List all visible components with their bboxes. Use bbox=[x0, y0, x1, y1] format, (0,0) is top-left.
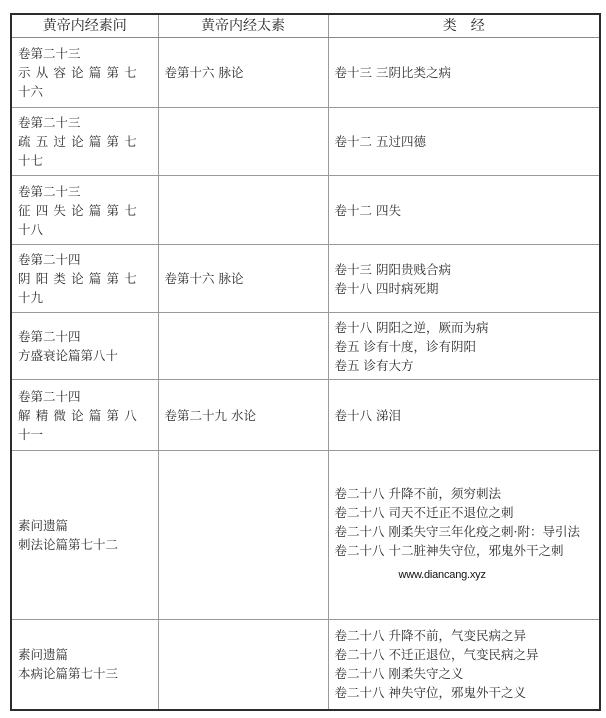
header-taisu: 黄帝内经太素 bbox=[158, 14, 328, 38]
leijing-cell: 卷二十八 升降不前，气变民病之异卷二十八 不迁正退位，气变民病之异卷二十八 刚柔… bbox=[328, 620, 600, 710]
suwen-cell: 素问遗篇本病论篇第七十三 bbox=[11, 620, 158, 710]
suwen-cell: 卷第二十四阴阳类论篇第七十九 bbox=[11, 245, 158, 313]
cell-text-line: 卷第十六 脉论 bbox=[165, 269, 322, 288]
cell-text-line: 方盛衰论篇第八十 bbox=[18, 346, 152, 365]
cell-text-line: 卷第二十四 bbox=[18, 250, 152, 269]
table-row: 素问遗篇刺法论篇第七十二卷二十八 升降不前，须穷刺法卷二十八 司天不迁正不退位之… bbox=[11, 451, 600, 620]
taisu-cell bbox=[158, 313, 328, 380]
table-row: 卷第二十三征四失论篇第七十八卷十二 四失 bbox=[11, 176, 600, 245]
cell-text-line: 示从容论篇第七 bbox=[18, 63, 152, 82]
watermark-text: www.diancang.xyz bbox=[399, 566, 594, 585]
cell-text-line: 素问遗篇 bbox=[18, 645, 152, 664]
leijing-cell: 卷十三 三阴比类之病 bbox=[328, 38, 600, 108]
taisu-cell bbox=[158, 620, 328, 710]
table-row: 卷第二十三示从容论篇第七十六卷第十六 脉论卷十三 三阴比类之病 bbox=[11, 38, 600, 108]
cell-text-line: 卷第二十三 bbox=[18, 113, 152, 132]
suwen-cell: 卷第二十四解精微论篇第八十一 bbox=[11, 380, 158, 451]
cell-text-line: 卷十二 四失 bbox=[335, 201, 594, 220]
cell-text-line: 卷第二十九 水论 bbox=[165, 406, 322, 425]
taisu-cell bbox=[158, 176, 328, 245]
cell-text-line: 卷五 诊有十度，诊有阴阳 bbox=[335, 337, 594, 356]
cell-text-line: 阴阳类论篇第七 bbox=[18, 269, 152, 288]
suwen-cell: 素问遗篇刺法论篇第七十二 bbox=[11, 451, 158, 620]
cell-text-line: 疏五过论篇第七 bbox=[18, 132, 152, 151]
table-row: 卷第二十四阴阳类论篇第七十九卷第十六 脉论卷十三 阴阳贵贱合病卷十八 四时病死期 bbox=[11, 245, 600, 313]
cell-text-line: 卷第二十三 bbox=[18, 182, 152, 201]
cell-text-line: 卷十三 阴阳贵贱合病 bbox=[335, 260, 594, 279]
cell-text-line: 卷二十八 不迁正退位，气变民病之异 bbox=[335, 645, 594, 664]
table-row: 卷第二十四解精微论篇第八十一卷第二十九 水论卷十八 涕泪 bbox=[11, 380, 600, 451]
cell-text-line: 卷十八 四时病死期 bbox=[335, 279, 594, 298]
cell-text-line: 卷二十八 刚柔失守之义 bbox=[335, 664, 594, 683]
cell-text-line: 卷二十八 司天不迁正不退位之刺 bbox=[335, 503, 594, 522]
header-leijing: 类 经 bbox=[328, 14, 600, 38]
cell-text-line: 卷第二十三 bbox=[18, 44, 152, 63]
suwen-cell: 卷第二十三疏五过论篇第七十七 bbox=[11, 108, 158, 176]
comparison-table: 黄帝内经素问 黄帝内经太素 类 经 卷第二十三示从容论篇第七十六卷第十六 脉论卷… bbox=[10, 13, 601, 711]
taisu-cell: 卷第二十九 水论 bbox=[158, 380, 328, 451]
cell-text-line: 解精微论篇第八 bbox=[18, 406, 152, 425]
taisu-cell: 卷第十六 脉论 bbox=[158, 38, 328, 108]
taisu-cell bbox=[158, 108, 328, 176]
cell-text-line: 刺法论篇第七十二 bbox=[18, 535, 152, 554]
cell-text-line: 卷二十八 神失守位，邪鬼外干之义 bbox=[335, 683, 594, 702]
cell-text-line: 卷十二 五过四德 bbox=[335, 132, 594, 151]
leijing-cell: 卷十二 四失 bbox=[328, 176, 600, 245]
cell-text-line: 十八 bbox=[18, 220, 152, 239]
taisu-cell bbox=[158, 451, 328, 620]
cell-text-line: 卷十三 三阴比类之病 bbox=[335, 63, 594, 82]
leijing-cell: 卷二十八 升降不前，须穷刺法卷二十八 司天不迁正不退位之刺卷二十八 刚柔失守三年… bbox=[328, 451, 600, 620]
taisu-cell: 卷第十六 脉论 bbox=[158, 245, 328, 313]
cell-text-line: 卷第十六 脉论 bbox=[165, 63, 322, 82]
header-row: 黄帝内经素问 黄帝内经太素 类 经 bbox=[11, 14, 600, 38]
cell-text-line: 征四失论篇第七 bbox=[18, 201, 152, 220]
leijing-cell: 卷十八 阴阳之逆，厥而为病卷五 诊有十度，诊有阴阳卷五 诊有大方 bbox=[328, 313, 600, 380]
leijing-cell: 卷十八 涕泪 bbox=[328, 380, 600, 451]
cell-text-line: 本病论篇第七十三 bbox=[18, 664, 152, 683]
cell-text-line: 卷二十八 升降不前，气变民病之异 bbox=[335, 626, 594, 645]
cell-text-line: 卷十八 阴阳之逆，厥而为病 bbox=[335, 318, 594, 337]
cell-text-line: 卷五 诊有大方 bbox=[335, 356, 594, 375]
cell-text-line: 卷第二十四 bbox=[18, 327, 152, 346]
cell-text-line: 十九 bbox=[18, 288, 152, 307]
table-row: 素问遗篇本病论篇第七十三卷二十八 升降不前，气变民病之异卷二十八 不迁正退位，气… bbox=[11, 620, 600, 710]
suwen-cell: 卷第二十四方盛衰论篇第八十 bbox=[11, 313, 158, 380]
cell-text-line: 十一 bbox=[18, 425, 152, 444]
table-row: 卷第二十三疏五过论篇第七十七卷十二 五过四德 bbox=[11, 108, 600, 176]
cell-text-line: 卷十八 涕泪 bbox=[335, 406, 594, 425]
cell-text-line: 卷第二十四 bbox=[18, 387, 152, 406]
cell-text-line: 卷二十八 升降不前，须穷刺法 bbox=[335, 484, 594, 503]
cell-text-line: 十六 bbox=[18, 82, 152, 101]
cell-text-line: 十七 bbox=[18, 151, 152, 170]
suwen-cell: 卷第二十三示从容论篇第七十六 bbox=[11, 38, 158, 108]
cell-text-line: 素问遗篇 bbox=[18, 516, 152, 535]
suwen-cell: 卷第二十三征四失论篇第七十八 bbox=[11, 176, 158, 245]
leijing-cell: 卷十二 五过四德 bbox=[328, 108, 600, 176]
leijing-cell: 卷十三 阴阳贵贱合病卷十八 四时病死期 bbox=[328, 245, 600, 313]
cell-text-line: 卷二十八 十二脏神失守位，邪鬼外干之刺 bbox=[335, 541, 594, 560]
table-row: 卷第二十四方盛衰论篇第八十卷十八 阴阳之逆，厥而为病卷五 诊有十度，诊有阴阳卷五… bbox=[11, 313, 600, 380]
header-suwen: 黄帝内经素问 bbox=[11, 14, 158, 38]
cell-text-line: 卷二十八 刚柔失守三年化疫之刺·附：导引法 bbox=[335, 522, 594, 541]
